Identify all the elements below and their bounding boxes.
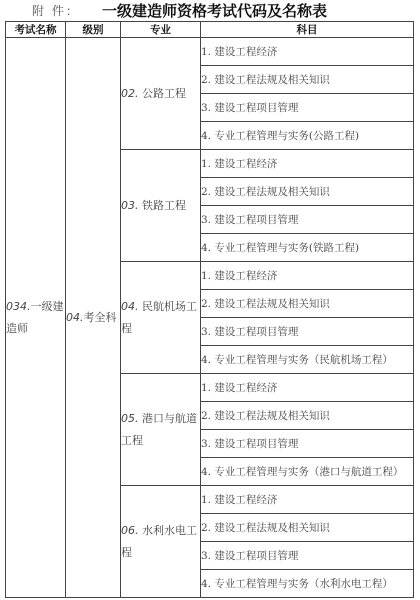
document-header: 附 件： 一级建造师资格考试代码及名称表	[0, 0, 420, 20]
subject-cell: 2. 建设工程法规及相关知识	[201, 66, 414, 94]
subject-cell: 1. 建设工程经济	[201, 486, 414, 514]
column-header-level: 级别	[66, 22, 121, 38]
subject-cell: 2. 建设工程法规及相关知识	[201, 514, 414, 542]
level-label: 考全科	[84, 311, 117, 324]
table-header-row: 考试名称 级别 专业 科目	[6, 22, 414, 38]
subject-cell: 1. 建设工程经济	[201, 38, 414, 66]
exam-code: 034.	[6, 300, 31, 313]
subject-cell: 2. 建设工程法规及相关知识	[201, 178, 414, 206]
subject-cell: 1. 建设工程经济	[201, 374, 414, 402]
subject-cell: 3. 建设工程项目管理	[201, 542, 414, 570]
subject-cell: 3. 建设工程项目管理	[201, 318, 414, 346]
subject-cell: 3. 建设工程项目管理	[201, 206, 414, 234]
column-header-subject: 科目	[201, 22, 414, 38]
subject-cell: 1. 建设工程经济	[201, 150, 414, 178]
subject-cell: 4. 专业工程管理与实务（民航机场工程）	[201, 346, 414, 374]
specialty-cell: 05. 港口与航道工程	[121, 374, 201, 486]
table-row: 034.一级建造师 04.考全科 02. 公路工程 1. 建设工程经济	[6, 38, 414, 66]
exam-code-table: 考试名称 级别 专业 科目 034.一级建造师 04.考全科 02. 公路工程 …	[5, 21, 414, 598]
subject-cell: 4. 专业工程管理与实务（港口与航道工程）	[201, 458, 414, 486]
column-header-specialty: 专业	[121, 22, 201, 38]
subject-cell: 1. 建设工程经济	[201, 262, 414, 290]
subject-cell: 3. 建设工程项目管理	[201, 94, 414, 122]
subject-cell: 4. 专业工程管理与实务（水利水电工程）	[201, 570, 414, 598]
exam-name-cell: 034.一级建造师	[6, 38, 66, 598]
level-code: 04.	[66, 311, 84, 324]
subject-cell: 2. 建设工程法规及相关知识	[201, 402, 414, 430]
subject-cell: 3. 建设工程项目管理	[201, 430, 414, 458]
specialty-cell: 06. 水利水电工程	[121, 486, 201, 598]
specialty-cell: 03. 铁路工程	[121, 150, 201, 262]
subject-cell: 2. 建设工程法规及相关知识	[201, 290, 414, 318]
specialty-cell: 04. 民航机场工程	[121, 262, 201, 374]
subject-cell: 4. 专业工程管理与实务(公路工程)	[201, 122, 414, 150]
level-cell: 04.考全科	[66, 38, 121, 598]
column-header-exam-name: 考试名称	[6, 22, 66, 38]
document-title: 一级建造师资格考试代码及名称表	[102, 0, 327, 21]
specialty-cell: 02. 公路工程	[121, 38, 201, 150]
subject-cell: 4. 专业工程管理与实务(铁路工程)	[201, 234, 414, 262]
attachment-label: 附 件：	[32, 2, 80, 19]
